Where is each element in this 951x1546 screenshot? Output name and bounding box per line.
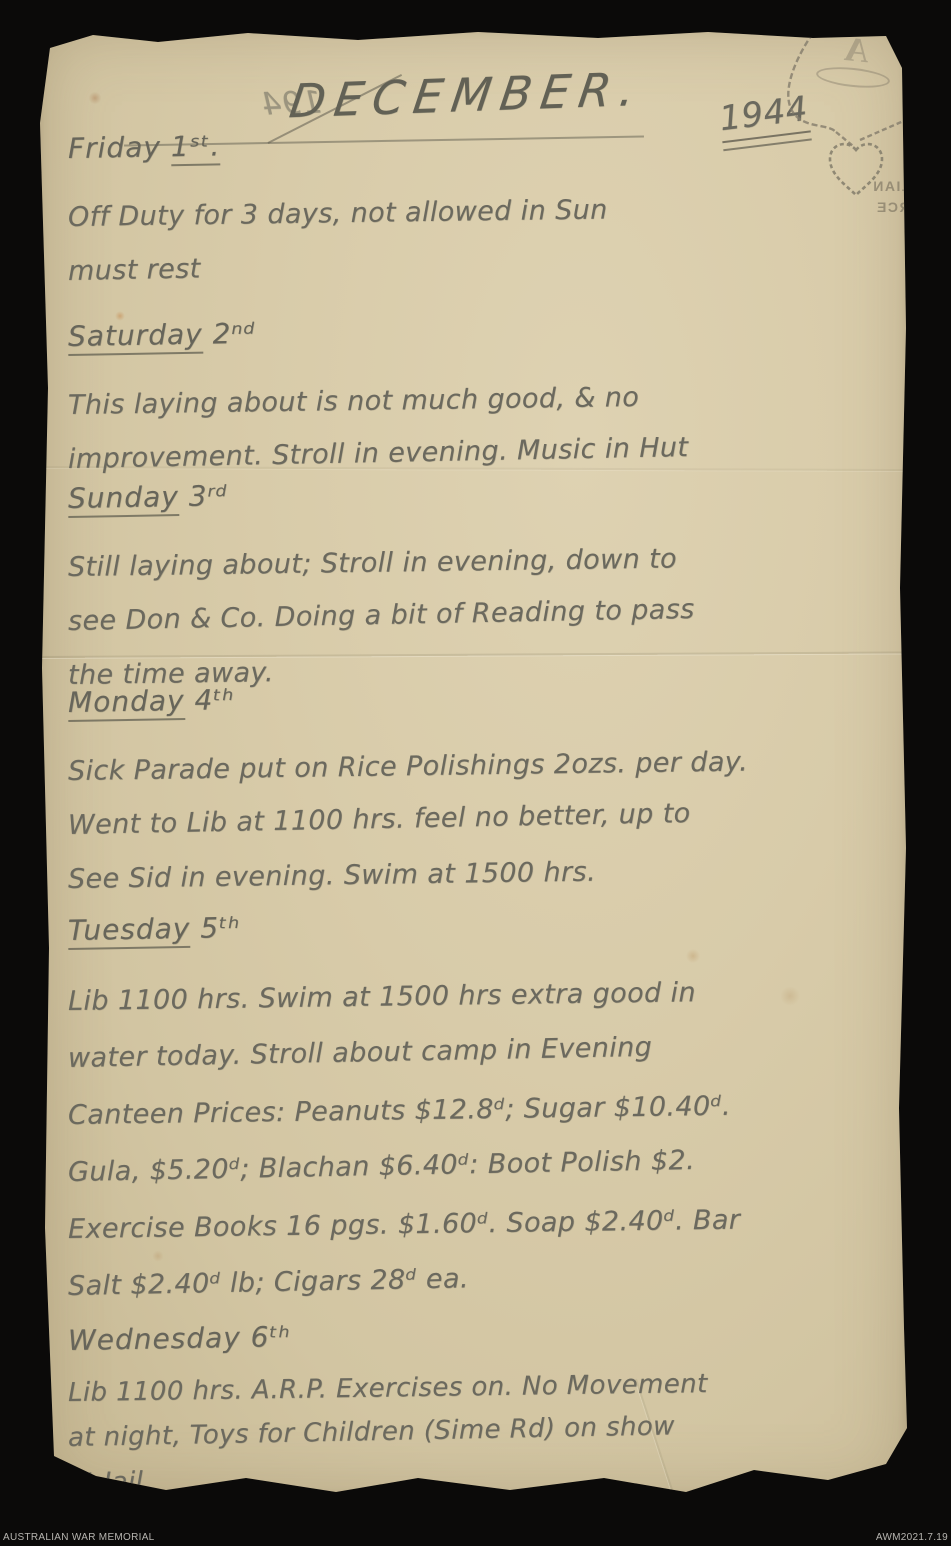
entry-text-line: See Sid in evening. Swim at 1500 hrs.: [68, 841, 895, 907]
entry-day-heading: Wednesday 6ᵗʰ: [68, 1310, 894, 1357]
entry-ordinal: 3ʳᵈ: [188, 479, 228, 513]
entry-day: Saturday: [68, 318, 203, 356]
entry-ordinal: 5ᵗʰ: [200, 911, 241, 945]
entry-ordinal: 4ᵗʰ: [194, 683, 235, 717]
archive-scan-background: 194 DECEMBER. 1944 A ALIAN ORCE Friday 1…: [0, 0, 951, 1546]
entry-day-heading: Saturday 2ⁿᵈ: [68, 306, 894, 353]
entry-day: Friday: [68, 130, 161, 165]
diary-entry: Friday 1ˢᵗ.Off Duty for 3 days, not allo…: [68, 132, 894, 299]
entry-day: Sunday: [68, 480, 179, 518]
entry-ordinal: 1ˢᵗ.: [171, 129, 221, 166]
entry-ordinal: 2ⁿᵈ: [212, 317, 256, 351]
diary-entry: Monday 4ᵗʰSick Parade put on Rice Polish…: [68, 686, 894, 907]
diary-entry: Saturday 2ⁿᵈThis laying about is not muc…: [68, 320, 894, 487]
diary-entry: Sunday 3ʳᵈStill laying about; Stroll in …: [68, 482, 894, 703]
entry-ordinal: 6ᵗʰ: [250, 1320, 291, 1354]
archive-accession-number: AWM2021.7.19: [876, 1532, 948, 1543]
entry-day-heading: Friday 1ˢᵗ.: [68, 118, 894, 165]
diary-page: 194 DECEMBER. 1944 A ALIAN ORCE Friday 1…: [38, 28, 908, 1498]
entry-day: Wednesday: [68, 1321, 241, 1357]
diary-entry: Tuesday 5ᵗʰLib 1100 hrs. Swim at 1500 hr…: [68, 914, 894, 1315]
entry-day: Tuesday: [68, 912, 191, 950]
entries-container: Friday 1ˢᵗ.Off Duty for 3 days, not allo…: [38, 28, 908, 1498]
entry-day: Monday: [68, 684, 185, 722]
diary-entry: Wednesday 6ᵗʰLib 1100 hrs. A.R.P. Exerci…: [68, 1324, 894, 1506]
archive-caption-left: AUSTRALIAN WAR MEMORIAL: [3, 1532, 155, 1543]
